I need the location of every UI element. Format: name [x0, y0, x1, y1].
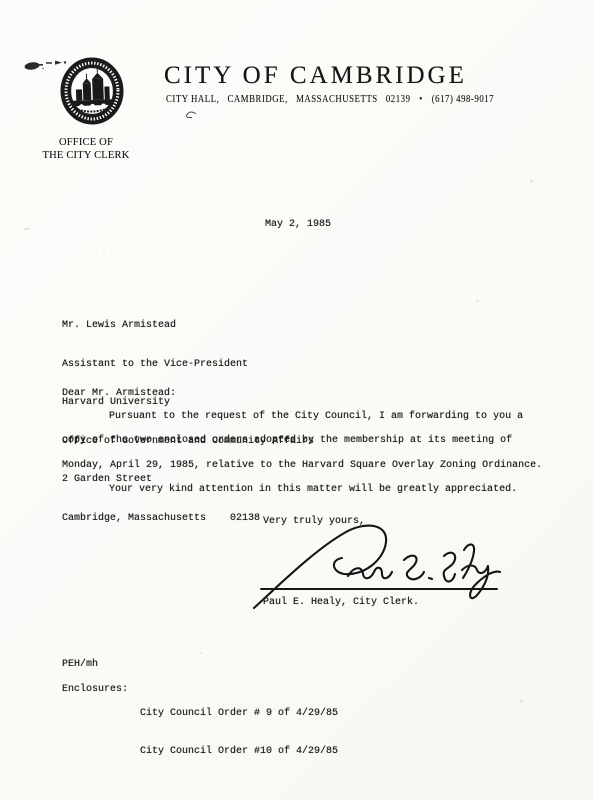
signature-line [260, 588, 498, 590]
letterhead-phone: (617) 498-9017 [432, 94, 494, 105]
bullet-separator-icon: • [419, 94, 423, 105]
scan-speckle [530, 180, 533, 183]
body-line: Your very kind attention in this matter … [62, 484, 517, 496]
letterhead-title: CITY OF CAMBRIDGE [164, 62, 467, 90]
body-line: Pursuant to the request of the City Coun… [62, 411, 523, 423]
body-line: Monday, April 29, 1985, relative to the … [62, 460, 542, 472]
enclosure-item: City Council Order # 9 of 4/29/85 [140, 708, 338, 722]
city-seal-icon [58, 55, 126, 127]
scanned-letter-page: CITY OF CAMBRIDGE CITY HALL, CAMBRIDGE, … [0, 0, 593, 800]
office-line: THE CITY CLERK [32, 149, 140, 162]
salutation: Dear Mr. Armistead: [62, 388, 176, 400]
stray-pen-mark [184, 109, 198, 119]
recipient-line: Mr. Lewis Armistead [62, 320, 314, 335]
body-line: copy of the two enclosed orders adopted … [62, 435, 512, 447]
letterhead-address-line: CITY HALL, CAMBRIDGE, MASSACHUSETTS 0213… [166, 94, 494, 105]
scan-speckle [24, 228, 30, 230]
signer-name-title: Paul E. Healy, City Clerk. [263, 597, 419, 609]
scan-speckle [200, 652, 202, 654]
scan-speckle [476, 300, 479, 302]
recipient-line: Assistant to the Vice-President [62, 359, 314, 374]
letterhead-address: CITY HALL, CAMBRIDGE, MASSACHUSETTS 0213… [166, 94, 411, 105]
enclosure-item: City Council Order #10 of 4/29/85 [140, 746, 338, 760]
letterhead-office-name: OFFICE OF THE CITY CLERK [32, 136, 140, 162]
scan-speckle [520, 700, 523, 703]
letter-date: May 2, 1985 [265, 219, 331, 231]
reference-initials: PEH/mh [62, 659, 98, 671]
handwritten-signature [248, 514, 504, 610]
scan-speckle [103, 252, 105, 254]
office-line: OFFICE OF [32, 136, 140, 149]
enclosures-label: Enclosures: [62, 684, 128, 696]
enclosures-list: City Council Order # 9 of 4/29/85 City C… [140, 684, 338, 784]
